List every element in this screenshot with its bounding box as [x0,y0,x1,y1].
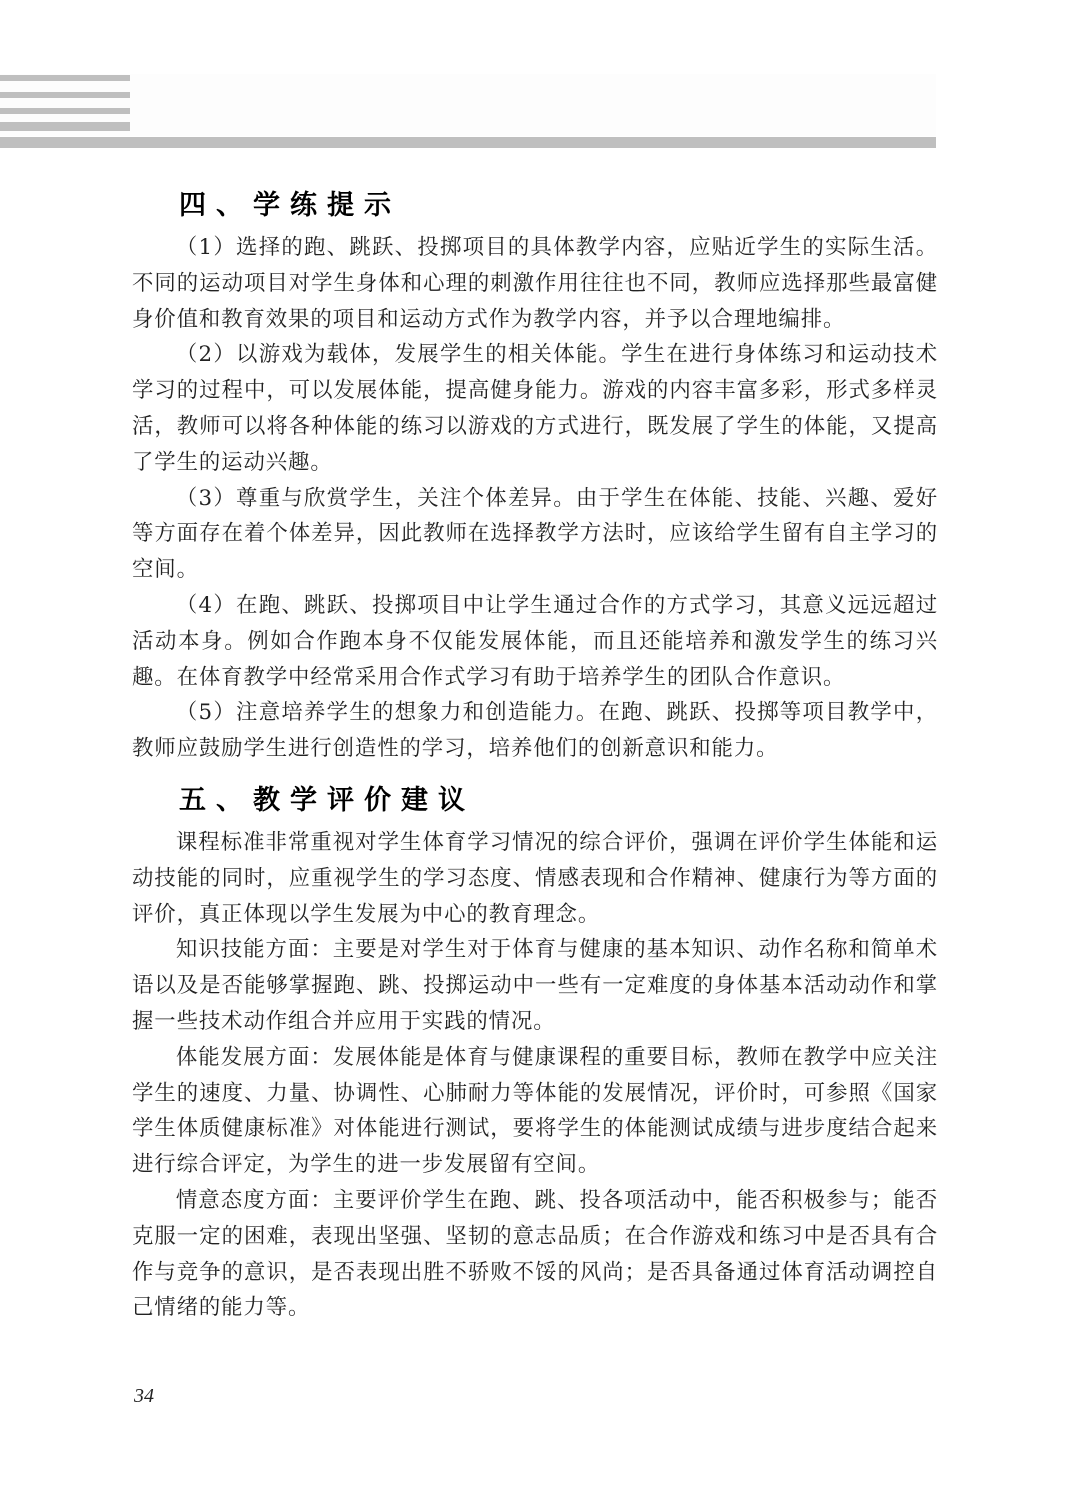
paragraph: （5）注意培养学生的想象力和创造能力。在跑、跳跃、投掷等项目教学中，教师应鼓励学… [132,695,938,767]
paragraph: （4）在跑、跳跃、投掷项目中让学生通过合作的方式学习，其意义远远超过活动本身。例… [132,588,938,695]
header-stripe [0,75,130,81]
paragraph: 体能发展方面：发展体能是体育与健康课程的重要目标，教师在教学中应关注学生的速度、… [132,1040,938,1183]
section-heading: 四、学练提示 [179,182,938,230]
header-stripe [0,108,130,114]
paragraph: 知识技能方面：主要是对学生对于体育与健康的基本知识、动作名称和简单术语以及是否能… [132,932,938,1039]
section-evaluation-suggestions: 五、教学评价建议 课程标准非常重视对学生体育学习情况的综合评价，强调在评价学生体… [132,777,938,1326]
paragraph: 课程标准非常重视对学生体育学习情况的综合评价，强调在评价学生体能和运动技能的同时… [132,825,938,932]
paragraph: 情意态度方面：主要评价学生在跑、跳、投各项活动中，能否积极参与；能否克服一定的困… [132,1183,938,1326]
page-content: 四、学练提示 （1）选择的跑、跳跃、投掷项目的具体教学内容，应贴近学生的实际生活… [132,182,938,1326]
section-heading: 五、教学评价建议 [179,777,938,825]
header-band [0,74,936,136]
paragraph: （2）以游戏为载体，发展学生的相关体能。学生在进行身体练习和运动技术学习的过程中… [132,337,938,480]
paragraph: （1）选择的跑、跳跃、投掷项目的具体教学内容，应贴近学生的实际生活。不同的运动项… [132,230,938,337]
header-stripe [0,92,130,98]
section-study-tips: 四、学练提示 （1）选择的跑、跳跃、投掷项目的具体教学内容，应贴近学生的实际生活… [132,182,938,767]
spacer [132,767,938,777]
header-stripe [0,122,130,131]
header-rule [0,137,936,148]
paragraph: （3）尊重与欣赏学生，关注个体差异。由于学生在体能、技能、兴趣、爱好等方面存在着… [132,481,938,588]
page-number: 34 [134,1385,154,1408]
